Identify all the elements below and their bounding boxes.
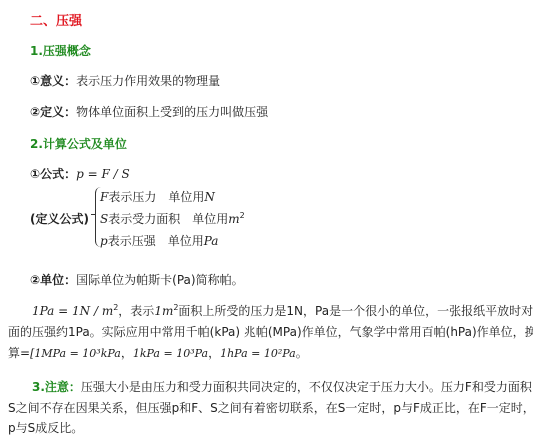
note-label: 3.注意： [32,380,81,394]
unit-text: 国际单位为帕斯卡(Pa)简称帕。 [76,273,243,287]
unit-line: ②单位：国际单位为帕斯卡(Pa)简称帕。 [30,271,244,288]
formula-label: ①公式： [30,167,76,181]
note-line-1: 3.注意：压强大小是由压力和受力面积共同决定的，不仅仅决定于压力大小。压力F和受… [32,378,532,395]
paragraph-line-2: 面的压强约1Pa。实际应用中常用千帕(kPa) 兆帕(MPa)作单位，气象学中常… [8,323,533,340]
section-title: 二、压强 [30,10,82,29]
subsection-title-concept: 1.压强概念 [30,42,91,59]
unit-label: ②单位： [30,273,76,287]
definition-text: 物体单位面积上受到的压力叫做压强 [76,105,268,119]
note-line-3: p与S成反比。 [8,419,83,436]
paragraph-line-1: 1Pa = 1N / m2，表示1m2面积上所受的压力是1N，Pa是一个很小的单… [32,302,533,319]
meaning-line: ①意义：表示压力作用效果的物理量 [30,72,220,89]
definition-formula-label: (定义公式) [30,210,89,227]
formula-line: ①公式：p = F / S [30,165,130,182]
subsection-title-formula: 2.计算公式及单位 [30,135,127,152]
definition-line: ②定义：物体单位面积上受到的压力叫做压强 [30,103,268,120]
brace-line-pressure: p表示压强 单位用Pa [100,232,218,249]
formula: p = F / S [76,167,130,181]
meaning-label: ①意义： [30,74,76,88]
definition-label: ②定义： [30,105,76,119]
paragraph-line-3: 算=[1MPa = 10³kPa，1kPa = 10³Pa，1hPa = 10²… [8,344,308,361]
meaning-text: 表示压力作用效果的物理量 [76,74,220,88]
brace-line-force: F表示压力 单位用N [100,188,215,205]
brace-line-area: S表示受力面积 单位用m2 [100,210,245,227]
note-line-2: S之间不存在因果关系，但压强p和F、S之间有着密切联系，在S一定时，p与F成正比… [8,399,533,416]
